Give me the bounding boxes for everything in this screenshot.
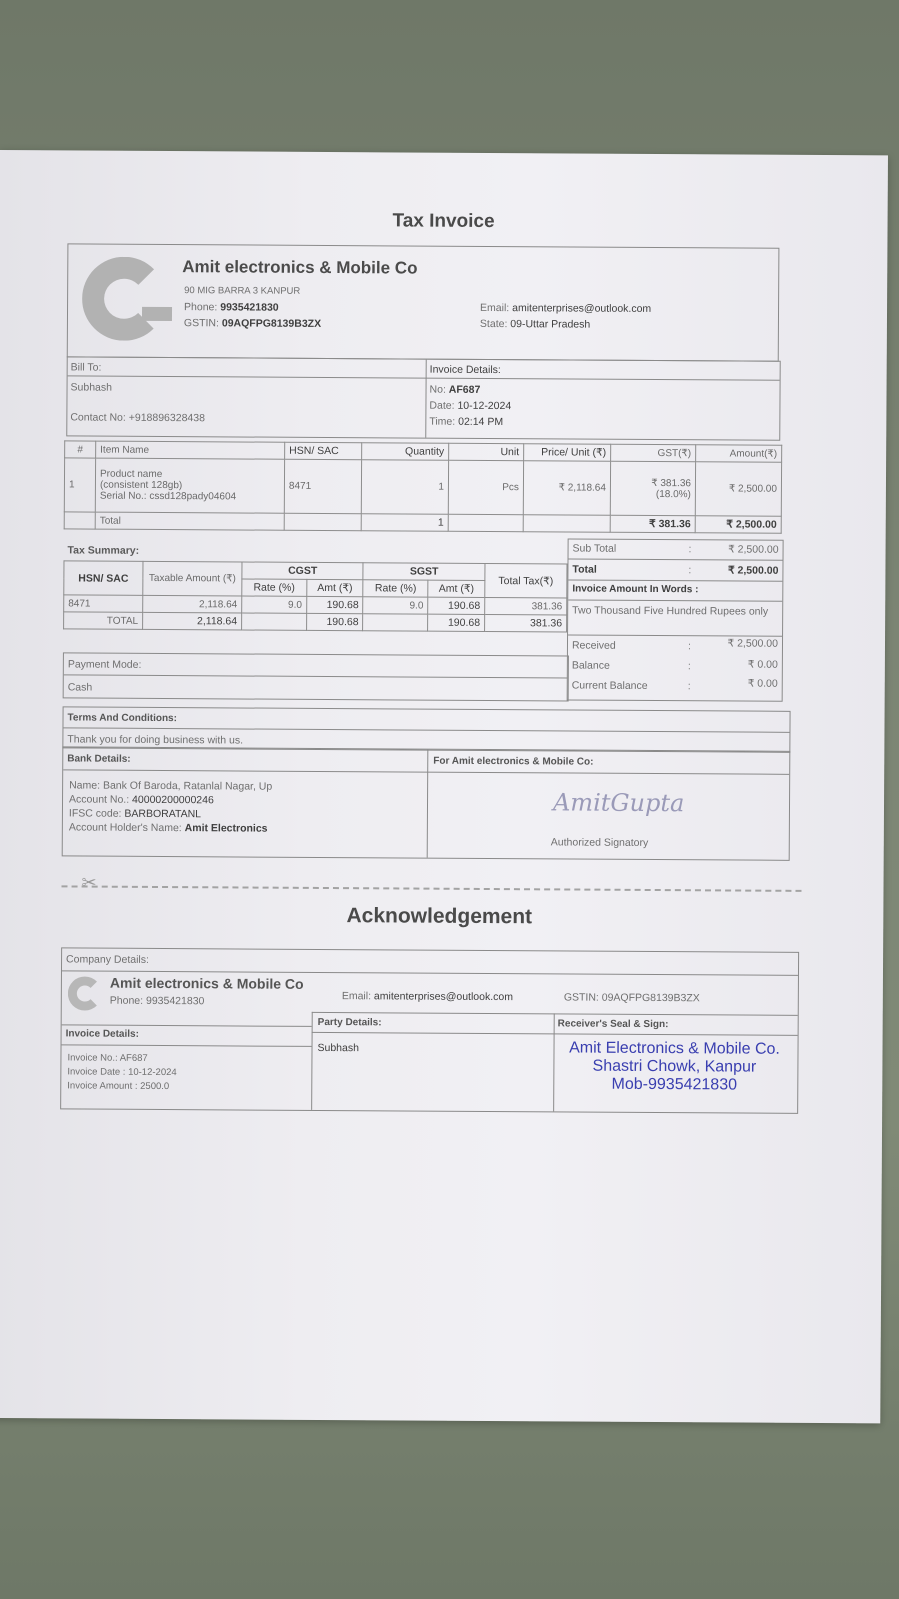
company-name: Amit electronics & Mobile Co	[182, 257, 417, 278]
bill-invoice-section: Bill To: Subhash Contact No: +9188963284…	[66, 356, 780, 440]
item-serial: Serial No.: cssd128pady04604	[100, 491, 280, 503]
invoice-no: AF687	[449, 384, 481, 396]
invoice-no-label: No:	[430, 384, 446, 396]
ack-invoice-no: Invoice No.: AF687	[67, 1052, 147, 1063]
invoice-time-label: Time:	[429, 416, 455, 428]
tax-summary-table: HSN/ SAC Taxable Amount (₹) CGST SGST To…	[63, 560, 567, 632]
current-balance-value: ₹ 0.00	[748, 678, 778, 690]
signatory-label: For Amit electronics & Mobile Co:	[433, 756, 593, 768]
bill-to-name: Subhash	[71, 381, 113, 393]
bank-name-label: Name:	[69, 779, 100, 791]
state-label: State:	[480, 318, 508, 330]
cut-line	[61, 885, 801, 892]
ack-invoice-amount: Invoice Amount : 2500.0	[67, 1080, 169, 1092]
ack-gstin: GSTIN: 09AQFPG8139B3ZX	[564, 991, 700, 1004]
tax-total-sgst: 190.68	[428, 614, 485, 631]
items-total-gst: ₹ 381.36	[610, 515, 695, 533]
items-total-amount: ₹ 2,500.00	[695, 516, 781, 534]
col-amount: Amount(₹)	[696, 445, 782, 463]
payment-mode-section: Payment Mode: Cash	[63, 652, 569, 701]
tax-summary-label: Tax Summary:	[68, 544, 140, 556]
ack-party-name: Subhash	[317, 1042, 359, 1054]
tax-total-row: TOTAL 2,118.64 190.68 190.68 381.36	[64, 612, 567, 632]
terms-section: Terms And Conditions: Thank you for doin…	[62, 706, 790, 752]
ack-email: amitenterprises@outlook.com	[374, 990, 513, 1003]
received-value: ₹ 2,500.00	[727, 637, 778, 649]
ifsc-code: BARBORATANL	[124, 808, 201, 820]
cgst-amt-header: Amt (₹)	[306, 579, 363, 596]
company-header: Amit electronics & Mobile Co 90 MIG BARR…	[67, 243, 780, 361]
invoice-time: 02:14 PM	[458, 416, 503, 428]
table-row: 1 Product name (consistent 128gb) Serial…	[64, 458, 781, 516]
bank-details-label: Bank Details:	[67, 753, 130, 764]
bank-signatory-section: Bank Details: Name: Bank Of Baroda, Rata…	[62, 746, 791, 860]
sgst-amt-header: Amt (₹)	[428, 580, 485, 597]
stamp-line-2: Shastri Chowk, Kanpur	[551, 1057, 797, 1077]
colon: :	[688, 564, 691, 576]
account-label: Account No.:	[69, 793, 129, 805]
items-total-row: Total 1 ₹ 381.36 ₹ 2,500.00	[64, 512, 781, 533]
tax-total-taxable: 2,118.64	[143, 612, 242, 630]
g-logo-icon	[82, 257, 167, 342]
receiver-stamp: Amit Electronics & Mobile Co. Shastri Ch…	[551, 1039, 797, 1095]
company-phone: 9935421830	[220, 301, 278, 313]
tax-sgst-rate: 9.0	[363, 597, 428, 614]
ack-email-label: Email:	[342, 990, 371, 1002]
invoice-date: 10-12-2024	[457, 400, 511, 412]
company-details-label: Company Details:	[66, 953, 149, 966]
contact-number: +918896328438	[129, 412, 205, 424]
bank-name: Bank Of Baroda, Ratanlal Nagar, Up	[103, 780, 272, 793]
item-name-cell: Product name (consistent 128gb) Serial N…	[95, 458, 284, 513]
current-balance-label: Current Balance	[572, 680, 648, 692]
item-unit: Pcs	[448, 460, 523, 514]
col-gst: GST(₹)	[611, 444, 696, 462]
sub-total-label: Sub Total	[573, 543, 617, 555]
acknowledgement-title: Acknowledgement	[0, 902, 883, 931]
bill-to-label: Bill To:	[71, 361, 102, 373]
col-quantity: Quantity	[362, 443, 449, 461]
g-logo-icon	[68, 976, 102, 1010]
ack-party-label: Party Details:	[318, 1017, 382, 1028]
invoice-paper: Tax Invoice Amit electronics & Mobile Co…	[0, 150, 888, 1423]
ack-company-name: Amit electronics & Mobile Co	[110, 975, 304, 992]
colon: :	[688, 680, 691, 692]
tax-total-cgst: 190.68	[306, 613, 363, 630]
col-item-name: Item Name	[96, 441, 285, 459]
holder-label: Account Holder's Name:	[69, 821, 182, 834]
payment-mode-value: Cash	[68, 681, 93, 693]
contact-label: Contact No:	[70, 411, 126, 423]
items-total-quantity: 1	[361, 514, 448, 532]
items-table: # Item Name HSN/ SAC Quantity Unit Price…	[64, 440, 783, 533]
col-price: Price/ Unit (₹)	[524, 444, 611, 462]
phone-label: Phone:	[184, 301, 217, 313]
cgst-rate-header: Rate (%)	[242, 579, 307, 596]
scissors-icon: ✂	[81, 873, 96, 894]
total-label: Total	[572, 564, 596, 576]
stamp-line-3: Mob-9935421830	[551, 1075, 797, 1095]
tax-col-sgst: SGST	[363, 563, 485, 581]
account-holder: Amit Electronics	[185, 822, 268, 835]
tax-col-total: Total Tax(₹)	[485, 563, 567, 598]
totals-panel: Sub Total : ₹ 2,500.00 Total : ₹ 2,500.0…	[567, 538, 784, 701]
payment-mode-label: Payment Mode:	[68, 658, 142, 670]
tax-total-amount: 381.36	[485, 614, 567, 632]
tax-hsn: 8471	[64, 595, 143, 612]
tax-col-taxable: Taxable Amount (₹)	[143, 561, 242, 596]
gstin-label: GSTIN:	[184, 317, 219, 329]
item-quantity: 1	[361, 460, 448, 515]
item-amount: ₹ 2,500.00	[695, 462, 781, 517]
total-value: ₹ 2,500.00	[728, 564, 779, 576]
col-hsn: HSN/ SAC	[285, 442, 362, 459]
invoice-details-label: Invoice Details:	[430, 364, 501, 376]
tax-cgst-rate: 9.0	[242, 596, 307, 613]
balance-label: Balance	[572, 660, 610, 672]
colon: :	[688, 660, 691, 672]
words-label: Invoice Amount In Words :	[572, 584, 698, 596]
ack-receiver-label: Receiver's Seal & Sign:	[558, 1018, 669, 1030]
tax-total-label: TOTAL	[64, 612, 143, 629]
email-label: Email:	[480, 302, 509, 314]
received-label: Received	[572, 640, 616, 652]
col-index: #	[65, 441, 96, 458]
col-unit: Unit	[449, 443, 524, 460]
colon: :	[689, 543, 692, 555]
company-address: 90 MIG BARRA 3 KANPUR	[184, 285, 300, 297]
document-title: Tax Invoice	[0, 208, 888, 235]
item-hsn: 8471	[284, 459, 361, 513]
item-price: ₹ 2,118.64	[523, 461, 610, 516]
sgst-rate-header: Rate (%)	[363, 580, 428, 597]
terms-label: Terms And Conditions:	[67, 712, 177, 724]
ack-phone: Phone: 9935421830	[110, 995, 205, 1008]
item-gst: ₹ 381.36	[615, 477, 691, 488]
authorized-signatory: Authorized Signatory	[551, 836, 649, 849]
company-email: amitenterprises@outlook.com	[512, 302, 651, 315]
stamp-line-1: Amit Electronics & Mobile Co.	[551, 1039, 797, 1059]
signature: AmitGupta	[553, 788, 685, 817]
tax-col-hsn: HSN/ SAC	[64, 561, 143, 595]
tax-total: 381.36	[485, 597, 567, 615]
company-state: 09-Uttar Pradesh	[510, 318, 590, 330]
account-number: 40000200000246	[132, 794, 214, 806]
ack-invoice-label: Invoice Details:	[66, 1028, 139, 1039]
amount-in-words: Two Thousand Five Hundred Rupees only	[572, 604, 772, 620]
items-total-label: Total	[95, 512, 284, 530]
acknowledgement-section: Company Details: Amit electronics & Mobi…	[60, 947, 799, 1114]
tax-col-cgst: CGST	[242, 562, 364, 580]
item-index: 1	[64, 458, 95, 512]
item-gst-rate: (18.0%)	[615, 488, 691, 499]
company-gstin: 09AQFPG8139B3ZX	[222, 317, 321, 330]
colon: :	[688, 640, 691, 652]
ifsc-label: IFSC code:	[69, 807, 122, 819]
tax-cgst-amt: 190.68	[306, 596, 363, 613]
sub-total-value: ₹ 2,500.00	[728, 543, 779, 555]
item-gst-cell: ₹ 381.36 (18.0%)	[610, 461, 695, 516]
invoice-date-label: Date:	[429, 400, 454, 412]
tax-taxable: 2,118.64	[143, 595, 242, 613]
tax-sgst-amt: 190.68	[428, 597, 485, 614]
balance-value: ₹ 0.00	[748, 659, 778, 671]
terms-text: Thank you for doing business with us.	[67, 733, 243, 746]
ack-invoice-date: Invoice Date : 10-12-2024	[67, 1066, 176, 1078]
